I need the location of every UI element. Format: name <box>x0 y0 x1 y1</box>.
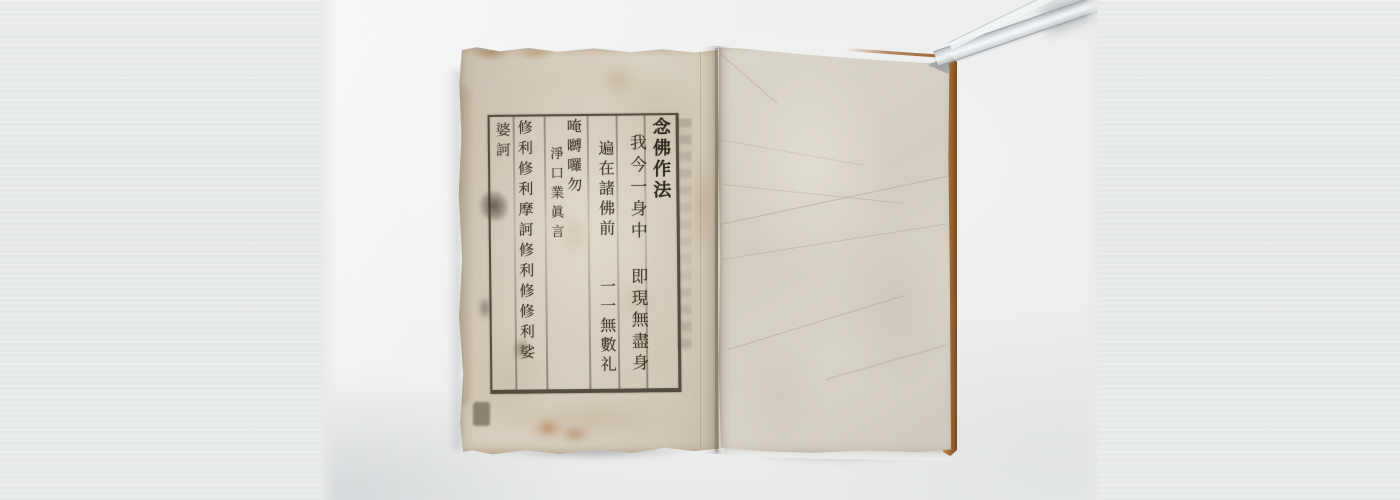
ink-smudge <box>473 402 490 426</box>
text-column-title: 念佛作法 <box>647 117 674 201</box>
stretched-edge-left <box>0 0 322 500</box>
leaf-fold-line <box>700 50 701 450</box>
right-page-blank <box>718 44 956 456</box>
printed-text-frame: 念佛作法 我今一身中 即現無盡身 遍在諸佛前 一一無數礼 唵嚩囉勿 淨口業眞言 … <box>488 113 682 394</box>
paper-crease <box>723 184 902 204</box>
paper-crease <box>720 175 951 225</box>
left-page-printed: 念佛作法 我今一身中 即現無盡身 遍在諸佛前 一一無數礼 唵嚩囉勿 淨口業眞言 … <box>458 46 720 456</box>
stain-mark <box>594 60 642 102</box>
paper-crease <box>722 223 947 260</box>
text-column-verse1-upper: 我今一身中 <box>624 133 650 243</box>
text-column-mantra-body: 修利修利摩訶修利修修利娑 <box>515 120 539 365</box>
text-column-mantra-end: 婆訶 <box>493 122 514 162</box>
text-column-mantra-syllables: 唵嚩囉勿 <box>564 118 586 196</box>
paper-crease <box>826 345 946 380</box>
text-column-verse1-lower: 即現無盡身 <box>625 267 651 375</box>
paper-crease <box>728 295 905 350</box>
photo-of-open-antique-book: 念佛作法 我今一身中 即現無盡身 遍在諸佛前 一一無數礼 唵嚩囉勿 淨口業眞言 … <box>0 0 1400 500</box>
stain-mark <box>470 388 706 450</box>
paper-crease <box>718 139 866 166</box>
stain-mark <box>554 422 596 446</box>
stretched-edge-right <box>1098 0 1400 500</box>
gutter-shadow <box>702 46 732 454</box>
text-column-verse2-lower: 一一無數礼 <box>595 278 619 376</box>
text-column-mantra-heading: 淨口業眞言 <box>545 146 566 244</box>
stain-mark <box>528 414 568 442</box>
column-rule <box>587 116 591 389</box>
text-column-verse2-upper: 遍在諸佛前 <box>594 140 618 240</box>
